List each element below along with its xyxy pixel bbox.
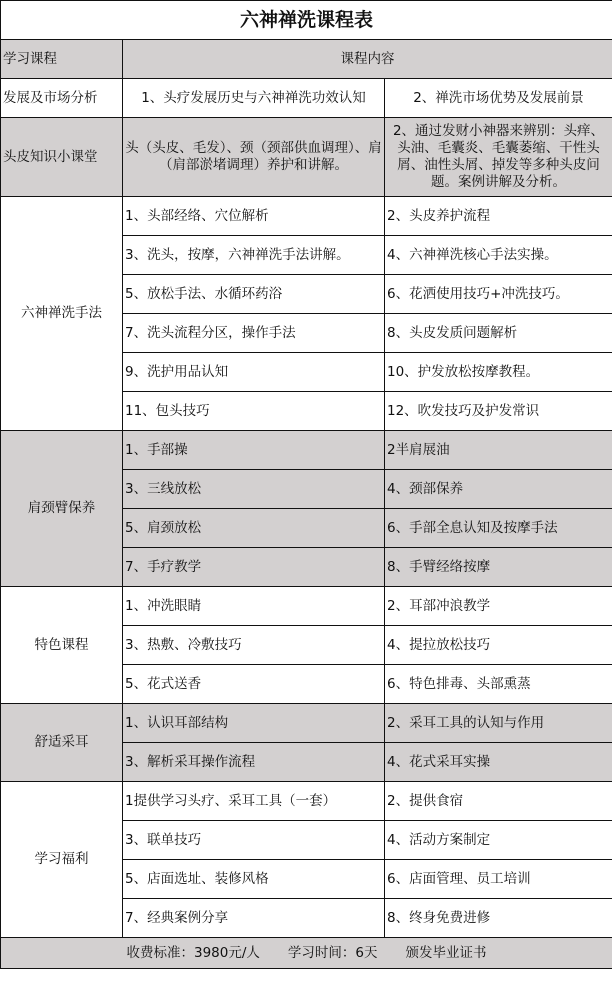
course-item: 8、终身免费进修	[385, 899, 612, 938]
course-item: 4、花式采耳实操	[385, 743, 612, 782]
course-item: 10、护发放松按摩教程。	[385, 353, 612, 392]
course-item: 7、经典案例分享	[123, 899, 385, 938]
course-item: 2半肩展油	[385, 431, 612, 470]
footer-row: 收费标准：3980元/人学习时间：6天颁发毕业证书	[1, 938, 612, 969]
course-item: 4、六神禅洗核心手法实操。	[385, 236, 612, 275]
course-item: 6、特色排毒、头部熏蒸	[385, 665, 612, 704]
course-item: 4、颈部保养	[385, 470, 612, 509]
course-item: 2、采耳工具的认知与作用	[385, 704, 612, 743]
course-item: 2、禅洗市场优势及发展前景	[385, 79, 612, 118]
course-item: 6、店面管理、员工培训	[385, 860, 612, 899]
course-item: 9、洗护用品认知	[123, 353, 385, 392]
footer-certificate: 颁发毕业证书	[406, 945, 487, 961]
course-item: 3、洗头，按摩，六神禅洗手法讲解。	[123, 236, 385, 275]
course-item: 5、放松手法、水循环药浴	[123, 275, 385, 314]
section-name: 发展及市场分析	[1, 79, 123, 118]
course-item: 4、活动方案制定	[385, 821, 612, 860]
course-item: 5、店面选址、装修风格	[123, 860, 385, 899]
table-row: 学习福利1提供学习头疗、采耳工具（一套）2、提供食宿	[1, 782, 612, 821]
section-name: 头皮知识小课堂	[1, 118, 123, 197]
header-row: 学习课程 课程内容	[1, 40, 612, 79]
course-item: 7、洗头流程分区，操作手法	[123, 314, 385, 353]
course-item: 1、冲洗眼睛	[123, 587, 385, 626]
course-item: 3、三线放松	[123, 470, 385, 509]
footer-duration: 学习时间：6天	[288, 945, 378, 961]
section-name: 学习福利	[1, 782, 123, 938]
footer-info: 收费标准：3980元/人学习时间：6天颁发毕业证书	[1, 938, 612, 969]
course-item: 3、热敷、冷敷技巧	[123, 626, 385, 665]
course-item: 2、头皮养护流程	[385, 197, 612, 236]
page-title: 六神禅洗课程表	[1, 1, 612, 40]
header-content: 课程内容	[123, 40, 612, 79]
table-row: 特色课程1、冲洗眼睛2、耳部冲浪教学	[1, 587, 612, 626]
section-name: 肩颈臂保养	[1, 431, 123, 587]
course-item: 2、耳部冲浪教学	[385, 587, 612, 626]
course-item: 1提供学习头疗、采耳工具（一套）	[123, 782, 385, 821]
footer-fee: 收费标准：3980元/人	[127, 945, 260, 961]
course-item: 头（头皮、毛发）、颈（颈部供血调理）、肩（肩部淤堵调理）养护和讲解。	[123, 118, 385, 197]
course-schedule-table: 六神禅洗课程表 学习课程 课程内容 发展及市场分析1、头疗发展历史与六神禅洗功效…	[0, 0, 612, 969]
course-item: 8、头皮发质问题解析	[385, 314, 612, 353]
course-item: 3、解析采耳操作流程	[123, 743, 385, 782]
course-item: 3、联单技巧	[123, 821, 385, 860]
course-item: 5、花式送香	[123, 665, 385, 704]
course-item: 6、手部全息认知及按摩手法	[385, 509, 612, 548]
course-item: 1、手部操	[123, 431, 385, 470]
table-row: 发展及市场分析1、头疗发展历史与六神禅洗功效认知2、禅洗市场优势及发展前景	[1, 79, 612, 118]
course-item: 5、肩颈放松	[123, 509, 385, 548]
course-item: 8、手臂经络按摩	[385, 548, 612, 587]
section-name: 特色课程	[1, 587, 123, 704]
title-row: 六神禅洗课程表	[1, 1, 612, 40]
course-item: 11、包头技巧	[123, 392, 385, 431]
course-item: 2、提供食宿	[385, 782, 612, 821]
table-row: 头皮知识小课堂头（头皮、毛发）、颈（颈部供血调理）、肩（肩部淤堵调理）养护和讲解…	[1, 118, 612, 197]
table-row: 肩颈臂保养1、手部操2半肩展油	[1, 431, 612, 470]
header-course: 学习课程	[1, 40, 123, 79]
course-item: 1、头部经络、穴位解析	[123, 197, 385, 236]
table-row: 舒适采耳1、认识耳部结构2、采耳工具的认知与作用	[1, 704, 612, 743]
table-row: 六神禅洗手法1、头部经络、穴位解析2、头皮养护流程	[1, 197, 612, 236]
course-item: 2、通过发财小神器来辨别：头痒、头油、毛囊炎、毛囊萎缩、干性头屑、油性头屑、掉发…	[385, 118, 612, 197]
course-item: 12、吹发技巧及护发常识	[385, 392, 612, 431]
section-name: 舒适采耳	[1, 704, 123, 782]
course-item: 1、头疗发展历史与六神禅洗功效认知	[123, 79, 385, 118]
course-item: 1、认识耳部结构	[123, 704, 385, 743]
section-name: 六神禅洗手法	[1, 197, 123, 431]
course-item: 4、提拉放松技巧	[385, 626, 612, 665]
course-item: 6、花洒使用技巧+冲洗技巧。	[385, 275, 612, 314]
course-item: 7、手疗教学	[123, 548, 385, 587]
